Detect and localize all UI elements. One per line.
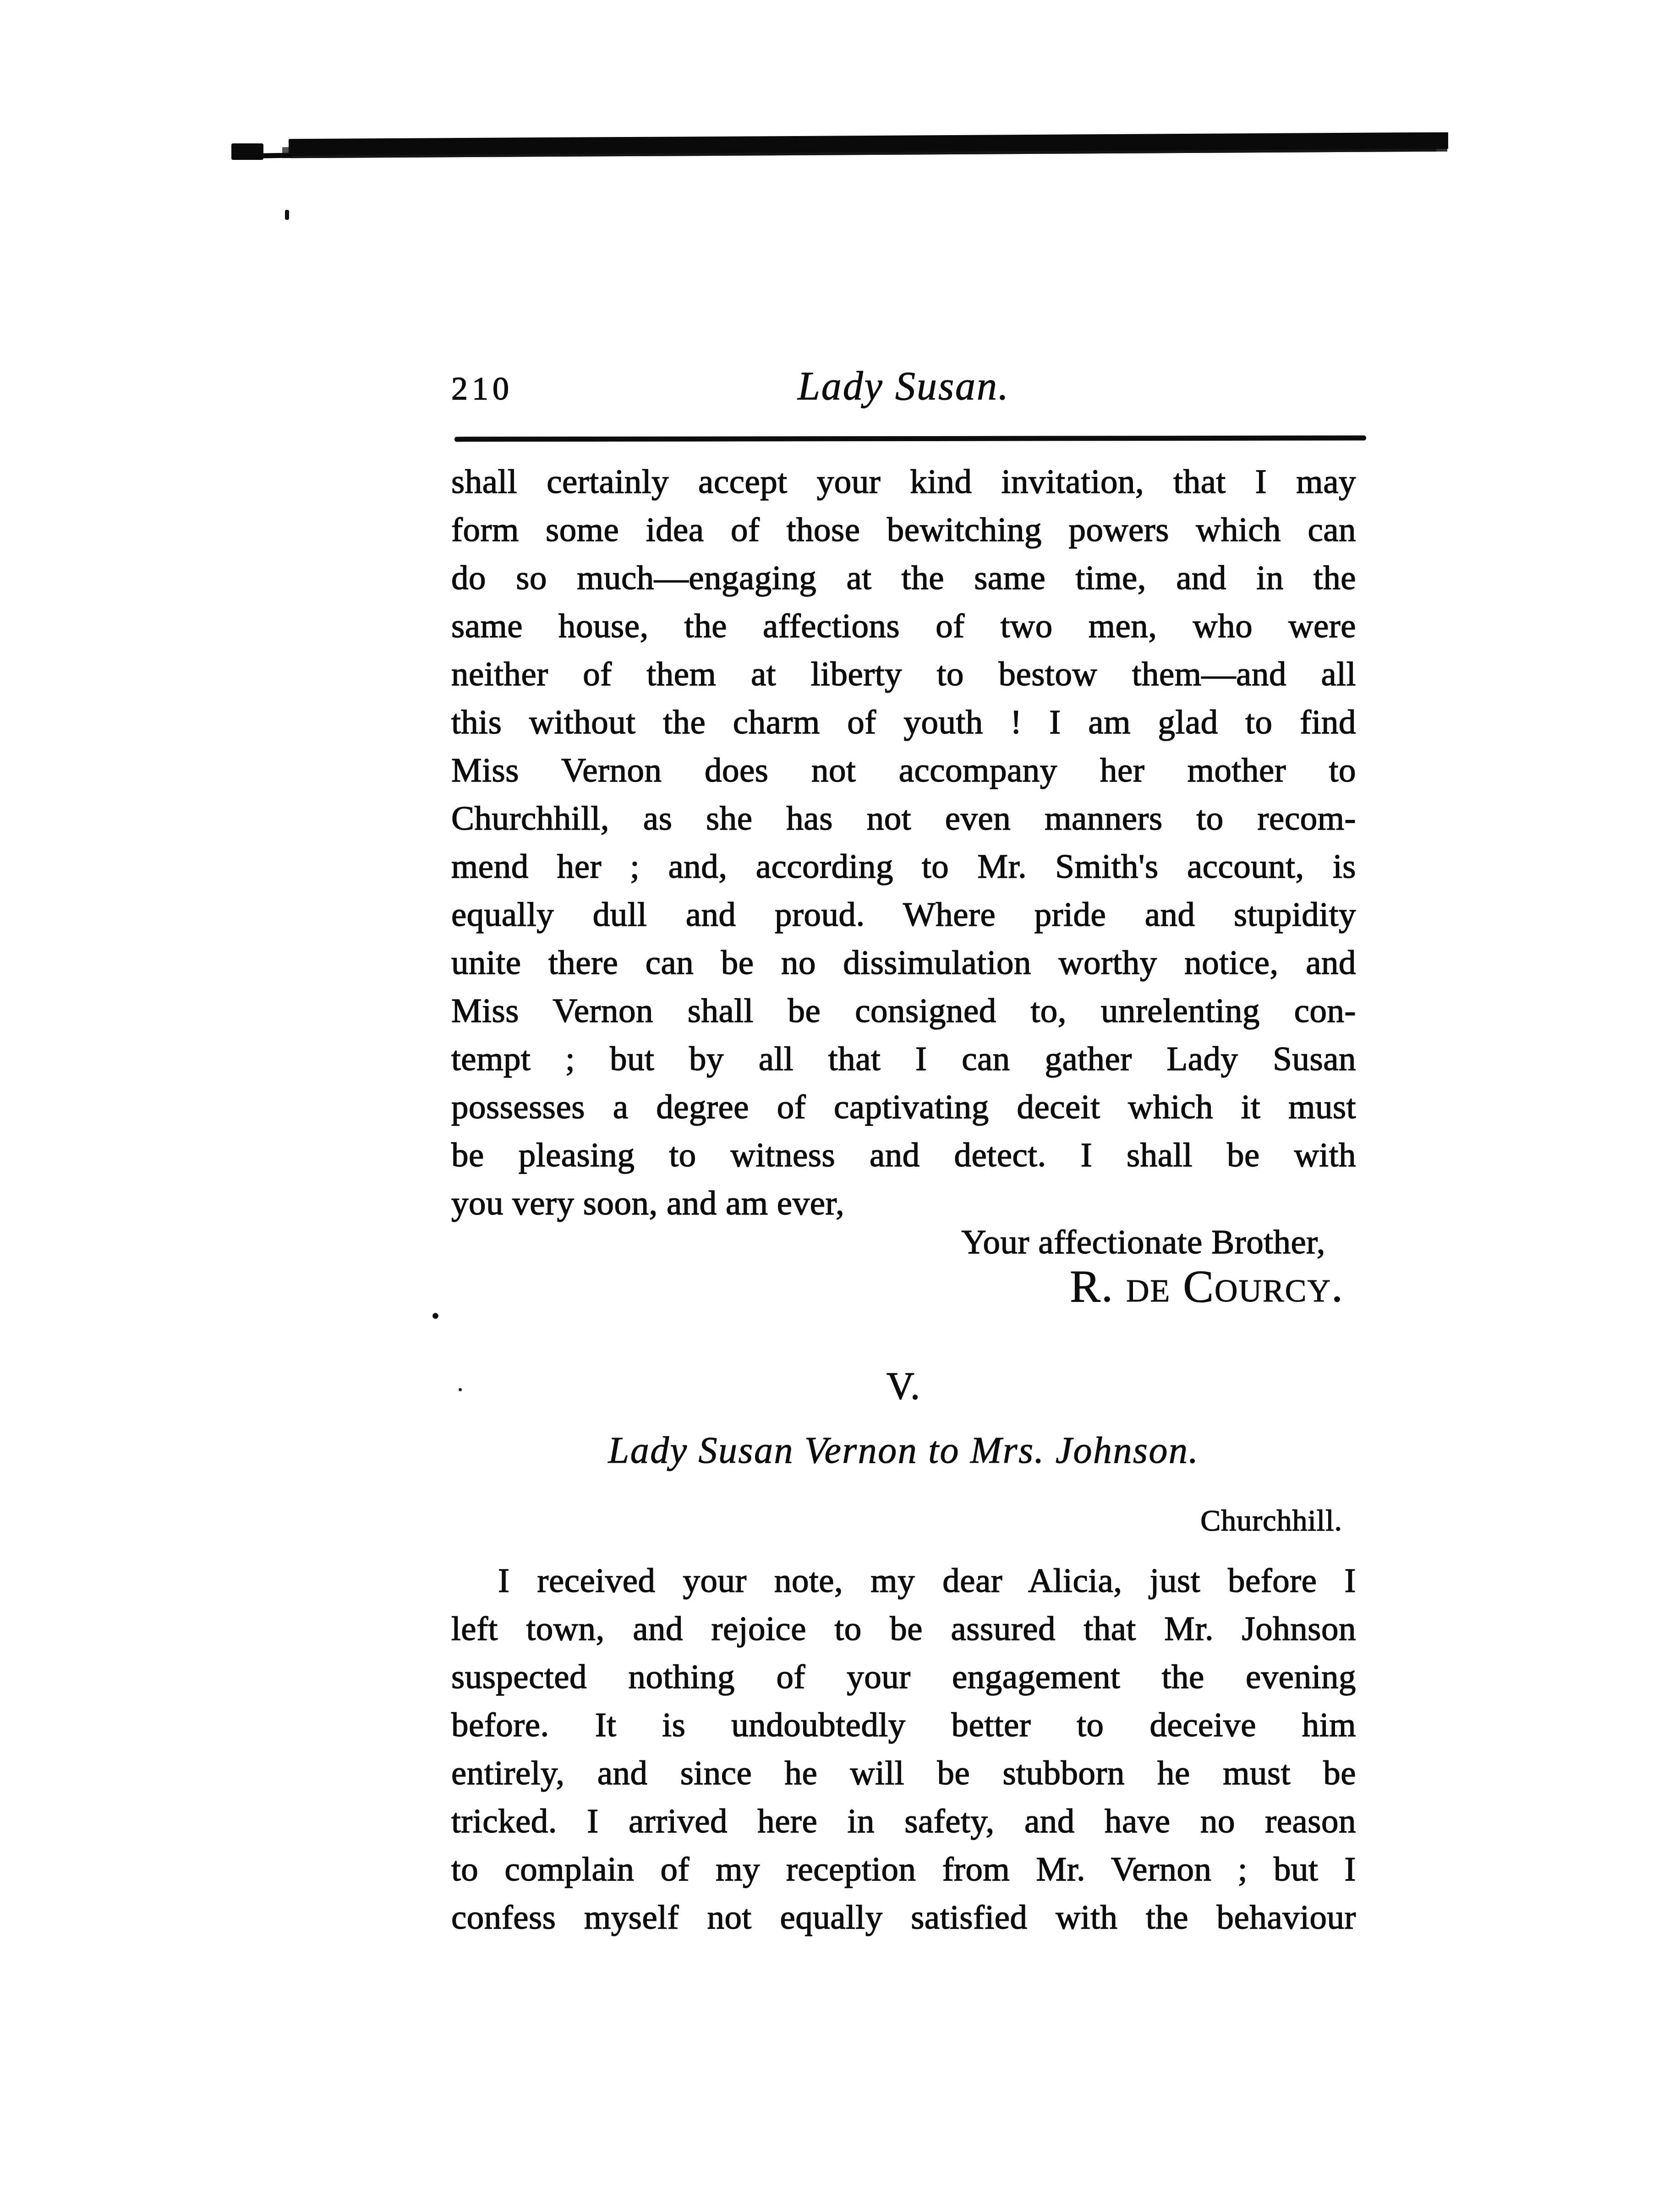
- text-line: Churchhill, as she has not even manners …: [451, 794, 1356, 842]
- text-line: tricked. I arrived here in safety, and h…: [451, 1797, 1356, 1845]
- text-line: same house, the affections of two men, w…: [451, 602, 1356, 650]
- letter-iv-signature: R. de Courcy.: [451, 1261, 1344, 1312]
- text-line: confess myself not equally satisfied wit…: [451, 1893, 1356, 1941]
- scan-ink-bar: [289, 132, 1448, 156]
- letter-v-section-number: V.: [451, 1361, 1356, 1412]
- text-line: to complain of my reception from Mr. Ver…: [451, 1845, 1356, 1893]
- text-line: Miss Vernon shall be consigned to, unrel…: [451, 987, 1356, 1035]
- running-title: Lady Susan.: [451, 366, 1356, 408]
- scan-ink-bar-stub: [231, 143, 263, 160]
- text-line: I received your note, my dear Alicia, ju…: [451, 1557, 1356, 1605]
- letter-iv-paragraph: shall certainly accept your kind invitat…: [451, 458, 1356, 1227]
- text-line: before. It is undoubtedly better to dece…: [451, 1701, 1356, 1749]
- letter-iv-valediction: Your affectionate Brother,: [451, 1218, 1325, 1266]
- text-line: this without the charm of youth ! I am g…: [451, 698, 1356, 746]
- text-line: suspected nothing of your engagement the…: [451, 1653, 1356, 1701]
- text-line: neither of them at liberty to bestow the…: [451, 650, 1356, 698]
- scanned-book-page: 210 Lady Susan. shall certainly accept y…: [0, 0, 1680, 2203]
- text-line: left town, and rejoice to be assured tha…: [451, 1605, 1356, 1653]
- text-line: Miss Vernon does not accompany her mothe…: [451, 746, 1356, 794]
- text-line: do so much—engaging at the same time, an…: [451, 554, 1356, 602]
- scan-speck: [432, 1313, 438, 1319]
- letter-v-dateline: Churchhill.: [451, 1500, 1342, 1542]
- letter-v-paragraph: I received your note, my dear Alicia, ju…: [451, 1557, 1356, 1941]
- text-line: tempt ; but by all that I can gather Lad…: [451, 1035, 1356, 1083]
- letter-v-heading: Lady Susan Vernon to Mrs. Johnson.: [451, 1426, 1356, 1475]
- header-rule: [454, 436, 1366, 442]
- text-line: shall certainly accept your kind invitat…: [451, 458, 1356, 506]
- text-line: be pleasing to witness and detect. I sha…: [451, 1131, 1356, 1179]
- text-line: entirely, and since he will be stubborn …: [451, 1749, 1356, 1797]
- text-line: possesses a degree of captivating deceit…: [451, 1083, 1356, 1131]
- text-line: equally dull and proud. Where pride and …: [451, 891, 1356, 939]
- text-line: form some idea of those bewitching power…: [451, 506, 1356, 554]
- scan-ink-bar-bridge: [262, 153, 292, 158]
- scan-speck: [285, 210, 289, 220]
- text-line: unite there can be no dissimulation wort…: [451, 939, 1356, 987]
- text-line: mend her ; and, according to Mr. Smith's…: [451, 842, 1356, 891]
